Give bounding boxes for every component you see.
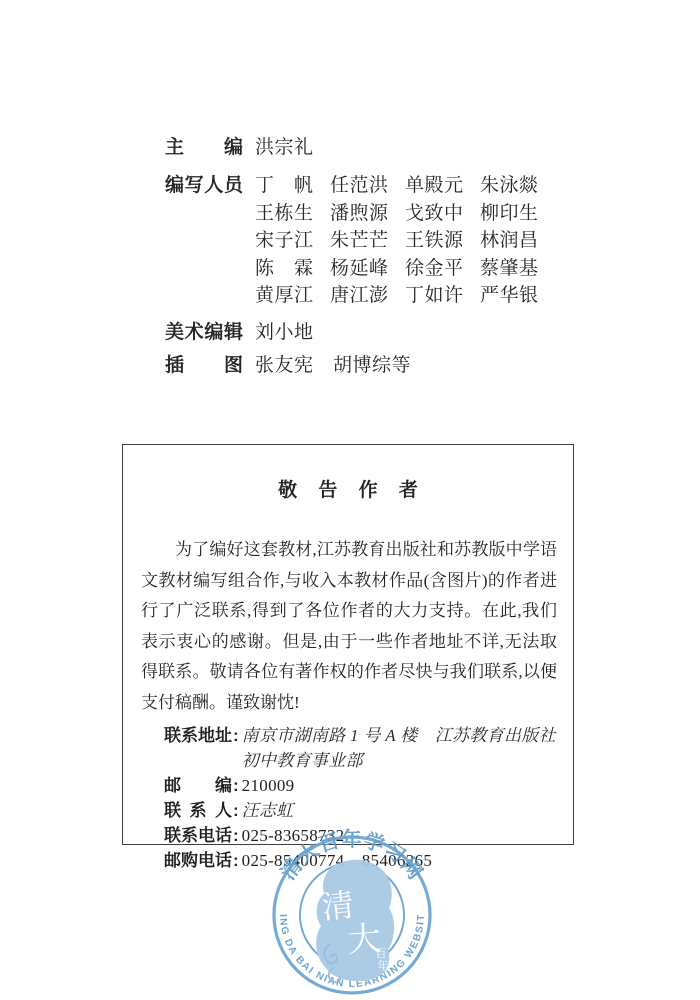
writer-name: 戈致中 bbox=[405, 204, 480, 232]
art-editor-row: 美术编辑 刘小地 bbox=[165, 323, 314, 343]
writer-name: 宋子江 bbox=[255, 231, 330, 259]
writer-name: 徐金平 bbox=[405, 259, 480, 287]
contact-mail-order-label: 邮购电话 bbox=[164, 848, 232, 873]
writers-label: 编写人员 bbox=[165, 176, 243, 196]
writer-name: 蔡肇基 bbox=[480, 259, 555, 287]
illustration-label: 插图 bbox=[165, 356, 243, 376]
contact-address-value: 南京市湖南路 1 号 A 楼 江苏教育出版社 初中教育事业部 bbox=[242, 723, 556, 773]
contact-person-value: 汪志虹 bbox=[242, 798, 294, 823]
writers-line-3: 宋子江 朱芒芒 王铁源 林润昌 bbox=[255, 231, 555, 259]
writers-grid: 丁 帆 任范洪 单殿元 朱泳燚 王栋生 潘煦源 戈致中 柳印生 宋子江 朱芒芒 … bbox=[255, 176, 555, 314]
writer-name: 杨延峰 bbox=[330, 259, 405, 287]
art-editor-label: 美术编辑 bbox=[165, 323, 243, 343]
contact-postcode-value: 210009 bbox=[242, 773, 295, 798]
writer-name: 陈 霖 bbox=[255, 259, 330, 287]
writer-name: 朱芒芒 bbox=[330, 231, 405, 259]
contact-mail-order-value: 025-85400774 85406265 bbox=[242, 848, 432, 873]
colon: : bbox=[233, 798, 239, 823]
illustration-names: 张友宪 胡博综等 bbox=[255, 356, 411, 376]
book-credits-page: 主编 洪宗礼 编写人员 丁 帆 任范洪 单殿元 朱泳燚 王栋生 潘煦源 戈致中 … bbox=[0, 0, 700, 1000]
art-editor-name: 刘小地 bbox=[255, 323, 314, 343]
contact-postcode-row: 邮编 : 210009 bbox=[164, 773, 573, 798]
notice-paragraph: 为了编好这套教材,江苏教育出版社和苏教版中学语文教材编写组合作,与收入本教材作品… bbox=[141, 535, 557, 718]
stamp-seal-char-qing: 清 bbox=[320, 886, 356, 925]
writers-line-4: 陈 霖 杨延峰 徐金平 蔡肇基 bbox=[255, 259, 555, 287]
stamp-seal-sub-nian: 年 bbox=[378, 958, 389, 972]
writers-line-1: 丁 帆 任范洪 单殿元 朱泳燚 bbox=[255, 176, 555, 204]
colon: : bbox=[233, 848, 239, 873]
writer-name: 单殿元 bbox=[405, 176, 480, 204]
stamp-inner-ring bbox=[300, 863, 404, 967]
contact-address-label: 联系地址 bbox=[164, 723, 232, 748]
notice-title: 敬 告 作 者 bbox=[123, 475, 573, 502]
writer-name: 严华银 bbox=[480, 286, 555, 314]
writer-name: 任范洪 bbox=[330, 176, 405, 204]
contact-mail-order-row: 邮购电话 : 025-85400774 85406265 bbox=[164, 848, 573, 873]
writer-name: 黄厚江 bbox=[255, 286, 330, 314]
stamp-seal-stone bbox=[316, 860, 394, 981]
writer-name: 朱泳燚 bbox=[480, 176, 555, 204]
illustration-row: 插图 张友宪 胡博综等 bbox=[165, 356, 411, 376]
writer-name: 柳印生 bbox=[480, 204, 555, 232]
notice-to-authors-box: 敬 告 作 者 为了编好这套教材,江苏教育出版社和苏教版中学语文教材编写组合作,… bbox=[122, 444, 574, 845]
contact-person-row: 联系人 : 汪志虹 bbox=[164, 798, 573, 823]
writer-name: 潘煦源 bbox=[330, 204, 405, 232]
stamp-seal-sub-bai: 百 bbox=[376, 947, 387, 960]
contact-address-row: 联系地址 : 南京市湖南路 1 号 A 楼 江苏教育出版社 初中教育事业部 bbox=[164, 723, 573, 773]
contact-postcode-label: 邮编 bbox=[164, 773, 232, 798]
writers-line-2: 王栋生 潘煦源 戈致中 柳印生 bbox=[255, 204, 555, 232]
writer-name: 王铁源 bbox=[405, 231, 480, 259]
writer-name: 丁 帆 bbox=[255, 176, 330, 204]
chief-editor-row: 主编 洪宗礼 bbox=[165, 138, 314, 158]
writers-line-5: 黄厚江 唐江澎 丁如许 严华银 bbox=[255, 286, 555, 314]
chief-editor-name: 洪宗礼 bbox=[255, 138, 314, 158]
stamp-swirl-decoration bbox=[324, 944, 340, 982]
contact-address-line1: 南京市湖南路 1 号 A 楼 江苏教育出版社 bbox=[242, 723, 556, 748]
contact-phone-value: 025-83658732 bbox=[242, 823, 345, 848]
contact-block: 联系地址 : 南京市湖南路 1 号 A 楼 江苏教育出版社 初中教育事业部 邮编… bbox=[164, 723, 573, 873]
writers-row: 编写人员 丁 帆 任范洪 单殿元 朱泳燚 王栋生 潘煦源 戈致中 柳印生 宋子江… bbox=[165, 176, 555, 314]
writer-name: 王栋生 bbox=[255, 204, 330, 232]
contact-phone-label: 联系电话 bbox=[164, 823, 232, 848]
colon: : bbox=[233, 823, 239, 848]
writer-name: 唐江澎 bbox=[330, 286, 405, 314]
stamp-seal-char-da: 大 bbox=[346, 920, 383, 960]
contact-address-line2: 初中教育事业部 bbox=[242, 748, 556, 773]
chief-editor-label: 主编 bbox=[165, 138, 243, 158]
contact-person-label: 联系人 bbox=[164, 798, 232, 823]
writer-name: 丁如许 bbox=[405, 286, 480, 314]
colon: : bbox=[233, 723, 239, 748]
contact-phone-row: 联系电话 : 025-83658732 bbox=[164, 823, 573, 848]
colon: : bbox=[233, 773, 239, 798]
writer-name: 林润昌 bbox=[480, 231, 555, 259]
